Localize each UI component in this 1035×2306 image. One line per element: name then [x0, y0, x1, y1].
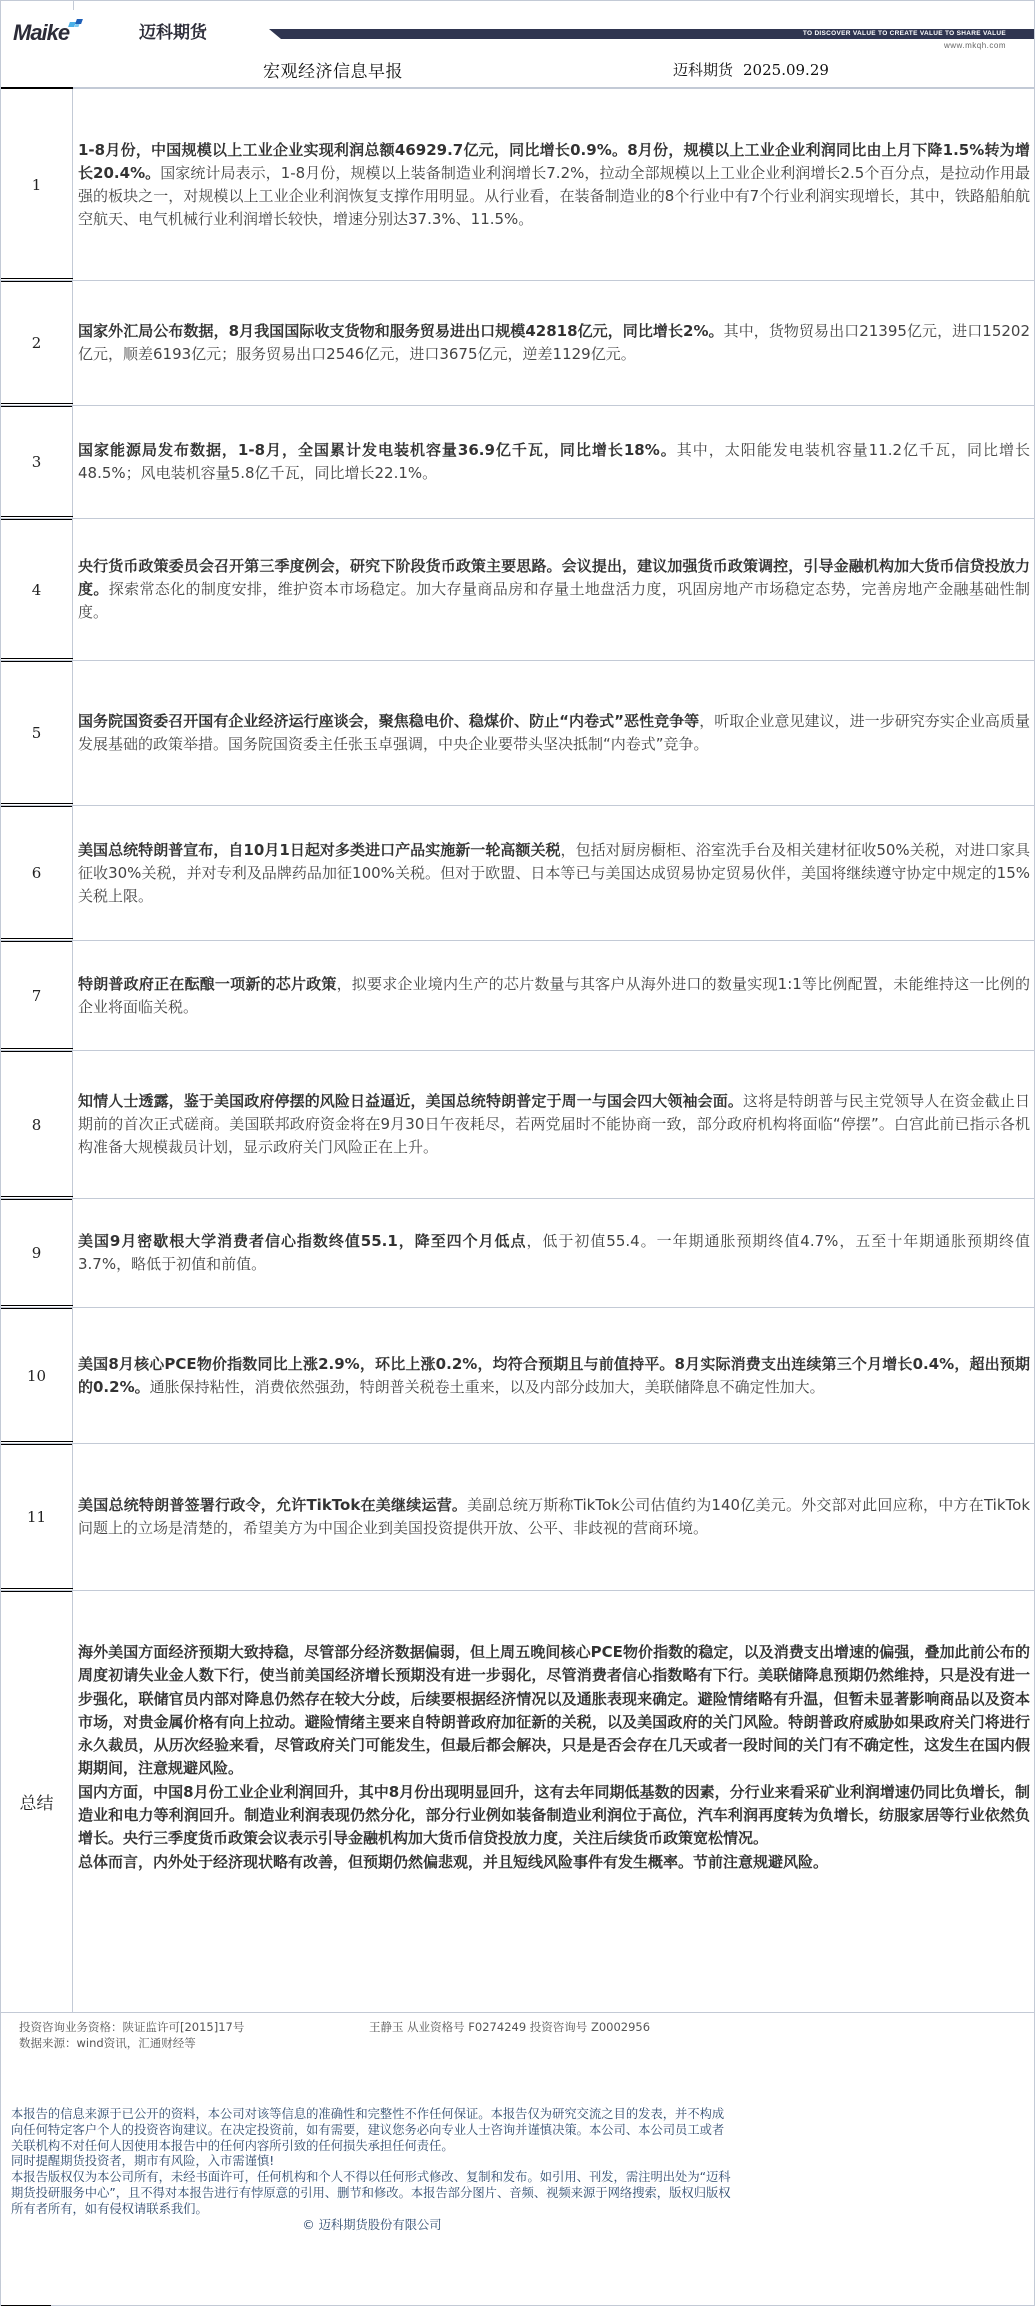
report-date: 2025.09.29 — [743, 61, 829, 79]
brand-banner: Maike 迈科期货 TO DISCOVER VALUE TO CREATE V… — [1, 15, 1034, 45]
row-number: 4 — [1, 519, 73, 660]
news-headline: 国家外汇局公布数据，8月我国国际收支货物和服务贸易进出口规模42818亿元，同比… — [78, 322, 724, 340]
logo-chinese-name: 迈科期货 — [139, 24, 207, 42]
row-number: 2 — [1, 281, 73, 405]
risk-warning: 同时提醒期货投资者，期市有风险，入市需谨慎! — [11, 2154, 733, 2170]
row-number: 8 — [1, 1051, 73, 1198]
news-headline: 美国总统特朗普签署行政令，允许TikTok在美继续运营。 — [78, 1496, 467, 1514]
company-name: 迈科期货 — [673, 61, 733, 79]
report-page: Maike 迈科期货 TO DISCOVER VALUE TO CREATE V… — [0, 0, 1035, 2306]
row-number: 6 — [1, 806, 73, 940]
data-source: 数据来源：wind资讯，汇通财经等 — [19, 2035, 244, 2051]
news-text: 知情人士透露，鉴于美国政府停摆的风险日益逼近，美国总统特朗普定于周一与国会四大领… — [78, 1090, 1030, 1159]
summary-content: 海外美国方面经济预期大致持稳，尽管部分经济数据偏弱，但上周五晚间核心PCE物价指… — [78, 1591, 1030, 2012]
row-number: 11 — [1, 1444, 73, 1590]
summary-paragraph-domestic: 国内方面，中国8月份工业企业利润回升，其中8月份出现明显回升，这有去年同期低基数… — [78, 1781, 1030, 1851]
summary-paragraph-overseas: 海外美国方面经济预期大致持稳，尽管部分经济数据偏弱，但上周五晚间核心PCE物价指… — [78, 1641, 1030, 1781]
news-body: 国家统计局表示，1-8月份，规模以上装备制造业利润增长7.2%，拉动全部规模以上… — [78, 164, 1030, 228]
news-row: 2 国家外汇局公布数据，8月我国国际收支货物和服务贸易进出口规模42818亿元，… — [1, 281, 1034, 406]
news-row: 10 美国8月核心PCE物价指数同比上涨2.9%，环比上涨0.2%，均符合预期且… — [1, 1308, 1034, 1444]
news-headline: 知情人士透露，鉴于美国政府停摆的风险日益逼近，美国总统特朗普定于周一与国会四大领… — [78, 1092, 743, 1110]
summary-label: 总结 — [1, 1591, 73, 2012]
news-text: 特朗普政府正在酝酿一项新的芯片政策，拟要求企业境内生产的芯片数量与其客户从海外进… — [78, 973, 1030, 1019]
logo-dots-icon — [69, 19, 89, 27]
news-text: 国务院国资委召开国有企业经济运行座谈会，聚焦稳电价、稳煤价、防止“内卷式”恶性竞… — [78, 710, 1030, 756]
news-text: 1-8月份，中国规模以上工业企业实现利润总额46929.7亿元，同比增长0.9%… — [78, 139, 1030, 231]
copyright-line: © 迈科期货股份有限公司 — [11, 2218, 733, 2234]
news-headline: 美国总统特朗普宣布，自10月1日起对多类进口产品实施新一轮高额关税 — [78, 841, 561, 859]
news-text: 央行货币政策委员会召开第三季度例会，研究下阶段货币政策主要思路。会议提出，建议加… — [78, 555, 1030, 624]
summary-paragraph-conclusion: 总体而言，内外处于经济现状略有改善，但预期仍然偏悲观，并且短线风险事件有发生概率… — [78, 1851, 1030, 1874]
news-body: 探索常态化的制度安排，维护资本市场稳定。加大存量商品房和存量土地盘活力度，巩固房… — [78, 580, 1030, 621]
qualification-text: 投资咨询业务资格：陕证监许可[2015]17号 — [19, 2019, 244, 2035]
news-headline: 国务院国资委召开国有企业经济运行座谈会，聚焦稳电价、稳煤价、防止“内卷式”恶性竞… — [78, 712, 699, 730]
news-text: 美国总统特朗普宣布，自10月1日起对多类进口产品实施新一轮高额关税，包括对厨房橱… — [78, 839, 1030, 908]
report-header: Maike 迈科期货 TO DISCOVER VALUE TO CREATE V… — [1, 1, 1034, 89]
report-footer: 投资咨询业务资格：陕证监许可[2015]17号 王静玉 从业资格号 F02742… — [1, 2013, 1034, 2305]
news-headline: 国家能源局发布数据，1-8月，全国累计发电装机容量36.9亿千瓦，同比增长18%… — [78, 441, 677, 459]
news-body: 通胀保持粘性，消费依然强劲，特朗普关税卷土重来，以及内部分歧加大，美联储降息不确… — [150, 1378, 825, 1396]
news-text: 国家外汇局公布数据，8月我国国际收支货物和服务贸易进出口规模42818亿元，同比… — [78, 320, 1030, 366]
report-title: 宏观经济信息早报 — [263, 57, 403, 82]
website-url[interactable]: www.mkqh.com — [944, 41, 1006, 50]
news-text: 美国总统特朗普签署行政令，允许TikTok在美继续运营。美副总统万斯称TikTo… — [78, 1494, 1030, 1540]
news-row: 5 国务院国资委召开国有企业经济运行座谈会，聚焦稳电价、稳煤价、防止“内卷式”恶… — [1, 661, 1034, 806]
news-row: 9 美国9月密歇根大学消费者信心指数终值55.1，降至四个月低点，低于初值55.… — [1, 1199, 1034, 1308]
news-headline: 特朗普政府正在酝酿一项新的芯片政策 — [78, 975, 337, 993]
news-row: 7 特朗普政府正在酝酿一项新的芯片政策，拟要求企业境内生产的芯片数量与其客户从海… — [1, 941, 1034, 1051]
news-row: 1 1-8月份，中国规模以上工业企业实现利润总额46929.7亿元，同比增长0.… — [1, 89, 1034, 281]
copyright-notice: 本报告版权仅为本公司所有，未经书面许可，任何机构和个人不得以任何形式修改、复制和… — [11, 2170, 733, 2217]
row-number: 5 — [1, 661, 73, 805]
news-text: 国家能源局发布数据，1-8月，全国累计发电装机容量36.9亿千瓦，同比增长18%… — [78, 439, 1030, 485]
logo-wordmark: Maike — [13, 22, 69, 44]
row-number: 3 — [1, 406, 73, 518]
row-number: 7 — [1, 941, 73, 1050]
compliance-info: 投资咨询业务资格：陕证监许可[2015]17号 王静玉 从业资格号 F02742… — [19, 2019, 244, 2051]
row-number: 1 — [1, 89, 73, 280]
disclaimer: 本报告的信息来源于已公开的资料，本公司对该等信息的准确性和完整性不作任何保证。本… — [11, 2107, 733, 2233]
news-text: 美国9月密歇根大学消费者信心指数终值55.1，降至四个月低点，低于初值55.4。… — [78, 1230, 1030, 1276]
divider — [73, 1, 74, 10]
disclaimer-paragraph: 本报告的信息来源于已公开的资料，本公司对该等信息的准确性和完整性不作任何保证。本… — [11, 2107, 733, 2154]
row-number: 9 — [1, 1199, 73, 1307]
news-row: 6 美国总统特朗普宣布，自10月1日起对多类进口产品实施新一轮高额关税，包括对厨… — [1, 806, 1034, 941]
news-row: 11 美国总统特朗普签署行政令，允许TikTok在美继续运营。美副总统万斯称Ti… — [1, 1444, 1034, 1591]
news-row: 3 国家能源局发布数据，1-8月，全国累计发电装机容量36.9亿千瓦，同比增长1… — [1, 406, 1034, 519]
slogan-text: TO DISCOVER VALUE TO CREATE VALUE TO SHA… — [803, 30, 1006, 38]
news-text: 美国8月核心PCE物价指数同比上涨2.9%，环比上涨0.2%，均符合预期且与前值… — [78, 1353, 1030, 1399]
company-date: 迈科期货2025.09.29 — [673, 59, 829, 80]
row-number: 10 — [1, 1308, 73, 1443]
news-row: 8 知情人士透露，鉴于美国政府停摆的风险日益逼近，美国总统特朗普定于周一与国会四… — [1, 1051, 1034, 1199]
summary-row: 总结 海外美国方面经济预期大致持稳，尽管部分经济数据偏弱，但上周五晚间核心PCE… — [1, 1591, 1034, 2013]
news-headline: 美国9月密歇根大学消费者信心指数终值55.1，降至四个月低点 — [78, 1232, 526, 1250]
news-row: 4 央行货币政策委员会召开第三季度例会，研究下阶段货币政策主要思路。会议提出，建… — [1, 519, 1034, 661]
analyst-info: 王静玉 从业资格号 F0274249 投资咨询号 Z0002956 — [369, 2019, 650, 2035]
